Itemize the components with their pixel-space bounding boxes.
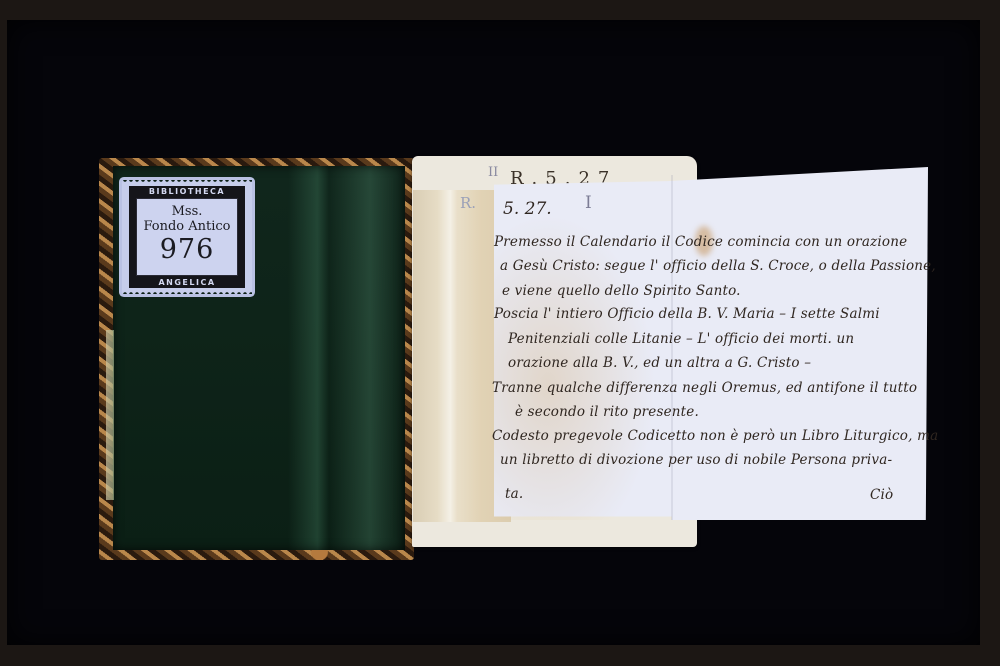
label-mss: Mss. [137,205,237,219]
note-line-10: un libretto di divozione per uso di nobi… [500,452,892,468]
note-line-5: Penitenziali colle Litanie – L' officio … [508,331,854,347]
label-border: BIBLIOTHECA Mss. Fondo Antico 976 ANGELI… [129,186,245,288]
note-catchword: Ciò [870,487,893,503]
note-line-6: orazione alla B. V., ed un altra a G. Cr… [508,355,811,371]
note-line-4: Poscia l' intiero Officio della B. V. Ma… [494,306,880,322]
note-roman: I [585,193,592,213]
endpaper-mark: R. [460,194,476,212]
label-number: 976 [137,235,237,265]
label-top-band: BIBLIOTHECA [129,186,245,197]
cover-worn-edge [106,330,114,500]
label-field: Mss. Fondo Antico 976 [136,198,238,276]
label-fondo-antico: Fondo Antico [137,219,237,235]
note-line-7: Tranne qualche differenza negli Oremus, … [492,380,917,396]
back-sheet-roman: II [488,165,498,180]
note-reference: 5. 27. [503,199,552,219]
note-line-1: Premesso il Calendario il Codice cominci… [494,234,907,250]
note-line-8: è secondo il rito presente. [515,404,699,420]
note-line-11: ta. [505,486,523,502]
note-line-2: a Gesù Cristo: segue l' officio della S.… [500,258,936,274]
note-line-9: Codesto pregevole Codicetto non è però u… [492,428,938,444]
label-bottom-band: ANGELICA [129,277,245,288]
note-fold [671,175,673,520]
note-line-3: e viene quello dello Spirito Santo. [502,283,741,299]
library-shelf-label: BIBLIOTHECA Mss. Fondo Antico 976 ANGELI… [122,180,252,294]
